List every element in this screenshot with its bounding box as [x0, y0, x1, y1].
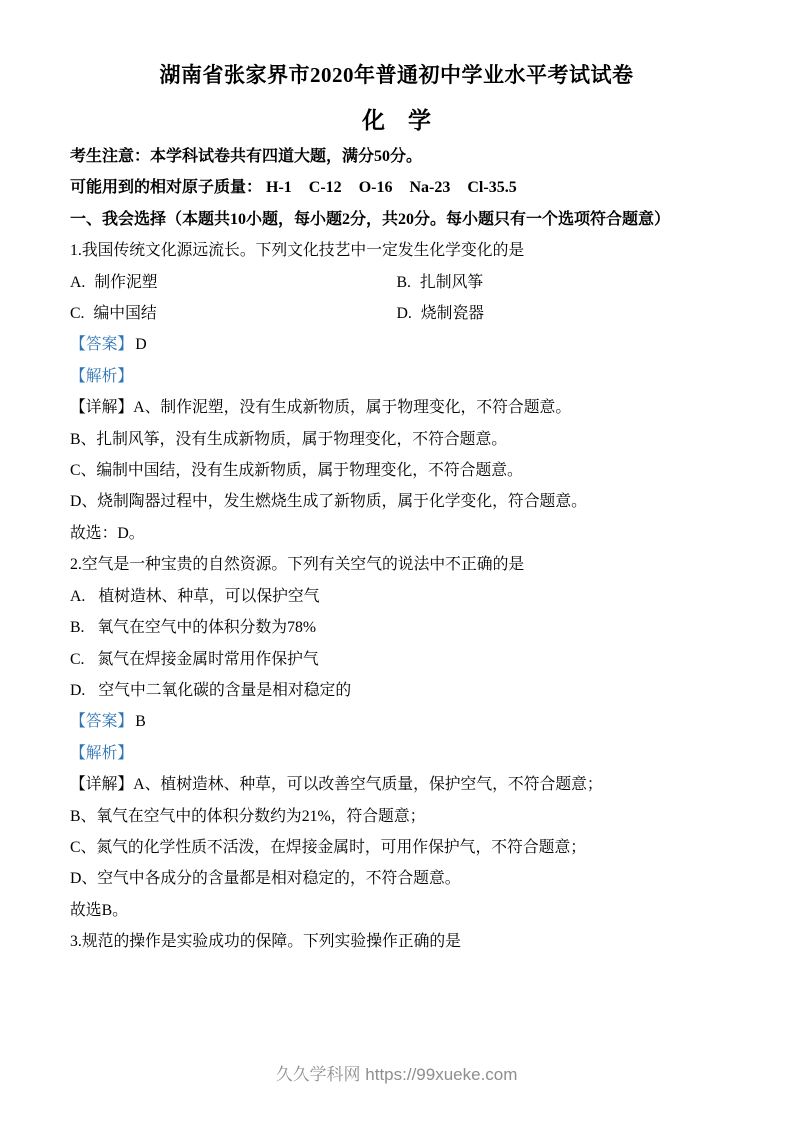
option-d-label: D. [397, 298, 412, 329]
question-1-option-b: B.扎制风筝 [397, 267, 724, 298]
option-c-label: C. [70, 298, 85, 329]
option-d-text: 空气中二氧化碳的含量是相对稳定的 [98, 682, 351, 699]
question-1-option-d: D.烧制瓷器 [397, 298, 724, 329]
question-2-analysis-line: 【解析】 [70, 738, 723, 769]
option-c-label: C. [70, 644, 85, 675]
question-1-option-c: C.编中国结 [70, 298, 397, 329]
analysis-bracket-label: 【解析】 [70, 368, 133, 385]
question-1-detail-d: D、烧制陶器过程中，发生燃烧生成了新物质，属于化学变化，符合题意。 [70, 486, 723, 517]
atomic-mass-line: 可能用到的相对原子质量：H-1C-12O-16Na-23Cl-35.5 [70, 172, 723, 203]
question-1-conclusion: 故选：D。 [70, 518, 723, 549]
question-2-detail-a: 【详解】A、植树造林、种草，可以改善空气质量，保护空气，不符合题意； [70, 769, 723, 800]
question-3-stem: 3.规范的操作是实验成功的保障。下列实验操作正确的是 [70, 926, 723, 957]
exam-page: 湖南省张家界市2020年普通初中学业水平考试试卷 化 学 考生注意：本学科试卷共… [0, 0, 793, 1122]
option-a-text: 制作泥塑 [94, 274, 157, 291]
atomic-mass-na: Na-23 [409, 179, 450, 196]
watermark-footer: 久久学科网 https://99xueke.com [0, 1061, 793, 1089]
option-b-label: B. [70, 612, 85, 643]
candidate-notice: 考生注意：本学科试卷共有四道大题，满分50分。 [70, 141, 723, 172]
atomic-mass-label: 可能用到的相对原子质量： [70, 179, 262, 196]
option-a-label: A. [70, 581, 85, 612]
question-1-options-row-2: C.编中国结 D.烧制瓷器 [70, 298, 723, 329]
option-d-label: D. [70, 675, 85, 706]
question-1-analysis-line: 【解析】 [70, 361, 723, 392]
document-title: 湖南省张家界市2020年普通初中学业水平考试试卷 [70, 57, 723, 93]
subject-title: 化 学 [70, 101, 723, 141]
question-1-stem: 1.我国传统文化源远流长。下列文化技艺中一定发生化学变化的是 [70, 235, 723, 266]
question-2-detail-b: B、氧气在空气中的体积分数约为21%，符合题意； [70, 801, 723, 832]
question-2-stem: 2.空气是一种宝贵的自然资源。下列有关空气的说法中不正确的是 [70, 549, 723, 580]
answer-value: B [135, 713, 146, 730]
option-b-label: B. [397, 267, 412, 298]
question-1-detail-a: 【详解】A、制作泥塑，没有生成新物质，属于物理变化，不符合题意。 [70, 392, 723, 423]
option-c-text: 编中国结 [94, 305, 157, 322]
atomic-mass-cl: Cl-35.5 [467, 179, 516, 196]
analysis-bracket-label: 【解析】 [70, 745, 133, 762]
option-d-text: 烧制瓷器 [421, 305, 484, 322]
question-2-answer-line: 【答案】B [70, 706, 723, 737]
question-2-option-d: D.空气中二氧化碳的含量是相对稳定的 [70, 675, 723, 706]
option-b-text: 氧气在空气中的体积分数为78% [98, 619, 317, 636]
question-2-conclusion: 故选B。 [70, 895, 723, 926]
atomic-mass-h: H-1 [266, 179, 292, 196]
question-1-options-row-1: A.制作泥塑 B.扎制风筝 [70, 267, 723, 298]
question-1-option-a: A.制作泥塑 [70, 267, 397, 298]
question-2-option-a: A.植树造林、种草，可以保护空气 [70, 581, 723, 612]
question-2-detail-d: D、空气中各成分的含量都是相对稳定的，不符合题意。 [70, 863, 723, 894]
question-2-option-c: C.氮气在焊接金属时常用作保护气 [70, 644, 723, 675]
answer-bracket-label: 【答案】 [70, 336, 133, 353]
option-a-text: 植树造林、种草，可以保护空气 [98, 588, 319, 605]
question-1-detail-b: B、扎制风筝，没有生成新物质，属于物理变化，不符合题意。 [70, 424, 723, 455]
atomic-mass-o: O-16 [359, 179, 393, 196]
section-one-heading: 一、我会选择（本题共10小题，每小题2分，共20分。每小题只有一个选项符合题意） [70, 204, 723, 235]
question-2-detail-c: C、氮气的化学性质不活泼，在焊接金属时，可用作保护气，不符合题意； [70, 832, 723, 863]
option-c-text: 氮气在焊接金属时常用作保护气 [98, 651, 319, 668]
question-1-answer-line: 【答案】D [70, 329, 723, 360]
atomic-mass-c: C-12 [309, 179, 342, 196]
answer-value: D [135, 336, 146, 353]
option-a-label: A. [70, 267, 85, 298]
answer-bracket-label: 【答案】 [70, 713, 133, 730]
question-1-detail-c: C、编制中国结，没有生成新物质，属于物理变化，不符合题意。 [70, 455, 723, 486]
option-b-text: 扎制风筝 [420, 274, 483, 291]
question-2-option-b: B.氧气在空气中的体积分数为78% [70, 612, 723, 643]
